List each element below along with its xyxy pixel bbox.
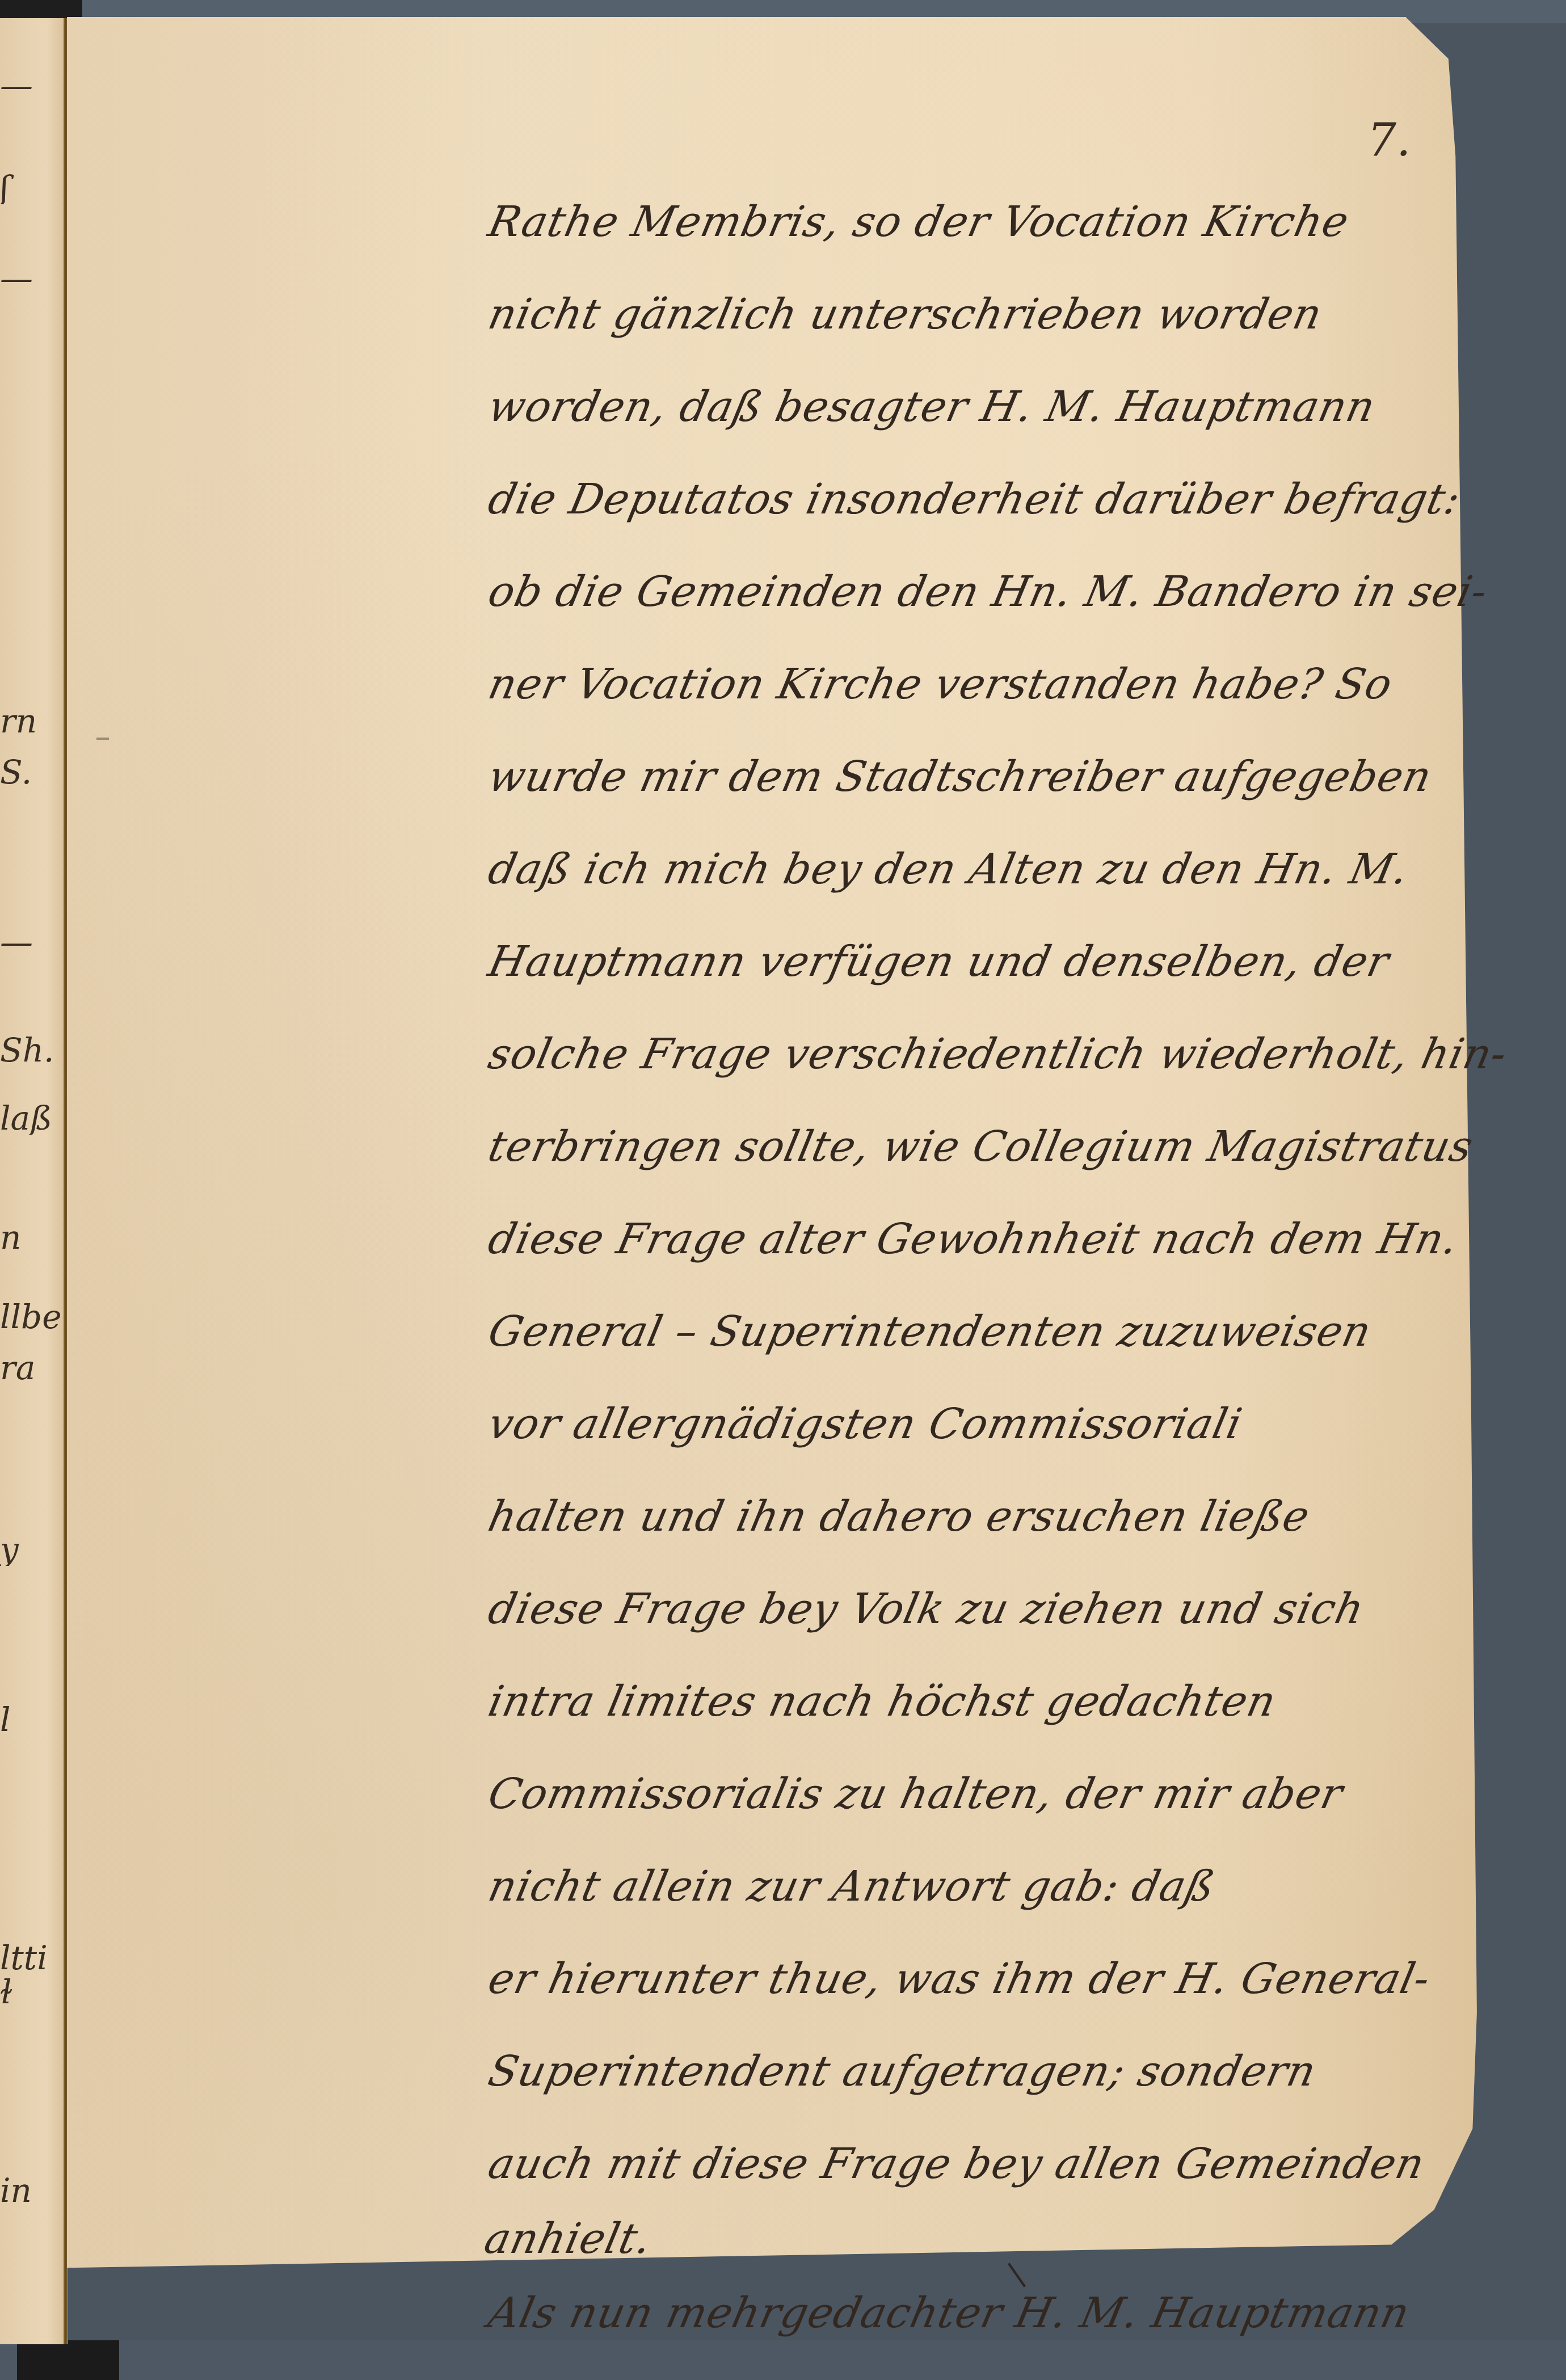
manuscript-line: Hauptmann verfügen und denselben, der: [479, 916, 1509, 1008]
manuscript-line: Als nun mehrgedachter H. M. Hauptmann: [479, 2267, 1509, 2360]
manuscript-text-block: Rathe Membris, so der Vocation Kirche ni…: [479, 176, 1489, 2360]
manuscript-line: die Deputatos insonderheit darüber befra…: [479, 453, 1509, 546]
manuscript-line: intra limites nach höchst gedachten: [479, 1656, 1509, 1748]
manuscript-line: halten und ihn dahero ersuchen ließe: [479, 1471, 1509, 1563]
left-margin-fragment: —: [0, 262, 62, 295]
left-margin-fragment: rn: [0, 705, 62, 738]
manuscript-line: Commissorialis zu halten, der mir aber: [479, 1748, 1509, 1840]
left-margin-fragment: —: [0, 926, 62, 959]
manuscript-line: worden, daß besagter H. M. Hauptmann: [479, 361, 1509, 453]
left-margin-fragment: l: [0, 1703, 62, 1736]
left-margin-fragment: laß: [0, 1102, 62, 1135]
left-margin-fragment: ɫ: [0, 1975, 62, 2008]
manuscript-line: diese Frage bey Volk zu ziehen und sich: [479, 1563, 1509, 1656]
manuscript-line: terbringen sollte, wie Collegium Magistr…: [479, 1101, 1509, 1193]
margin-dash-mark: [96, 738, 109, 740]
left-margin-fragment: n: [0, 1221, 62, 1254]
left-margin-fragment: ʃ: [0, 171, 62, 204]
manuscript-line: ob die Gemeinden den Hn. M. Bandero in s…: [479, 546, 1509, 638]
manuscript-line: diese Frage alter Gewohnheit nach dem Hn…: [479, 1193, 1509, 1286]
manuscript-line: ner Vocation Kirche verstanden habe? So: [479, 638, 1509, 731]
manuscript-line: wurde mir dem Stadtschreiber aufgegeben: [479, 731, 1509, 823]
manuscript-line: Rathe Membris, so der Vocation Kirche: [479, 176, 1509, 268]
left-margin-fragment: ltti: [0, 1941, 62, 1974]
manuscript-line: nicht gänzlich unterschrieben worden: [479, 268, 1509, 361]
left-margin-fragment: Sh.: [0, 1034, 62, 1067]
manuscript-line: nicht allein zur Antwort gab: daß: [479, 1840, 1509, 1933]
left-margin-fragment: ra: [0, 1351, 62, 1384]
manuscript-line: solche Frage verschiedentlich wiederholt…: [479, 1008, 1509, 1101]
manuscript-line: anhielt.: [479, 2210, 1501, 2267]
left-margin-fragment: llbe,: [0, 1300, 62, 1333]
manuscript-line: vor allergnädigsten Commissoriali: [479, 1378, 1509, 1471]
left-page-edge: — ʃ — rn S. — Sh. laß n llbe, ra y l ltt…: [0, 18, 66, 2344]
manuscript-line: General – Superintendenten zuzuweisen: [479, 1286, 1509, 1378]
left-margin-fragment: S.: [0, 756, 62, 789]
manuscript-line: Superintendent aufgetragen; sondern: [479, 2025, 1509, 2118]
manuscript-line: auch mit diese Frage bey allen Gemeinden: [479, 2118, 1509, 2210]
manuscript-line: er hierunter thue, was ihm der H. Genera…: [479, 1933, 1509, 2025]
left-margin-fragment: in: [0, 2174, 62, 2207]
left-margin-fragment: —: [0, 69, 62, 102]
left-margin-fragment: y: [0, 1533, 62, 1566]
folio-number: 7.: [1367, 113, 1411, 166]
manuscript-line: daß ich mich bey den Alten zu den Hn. M.: [479, 823, 1509, 916]
